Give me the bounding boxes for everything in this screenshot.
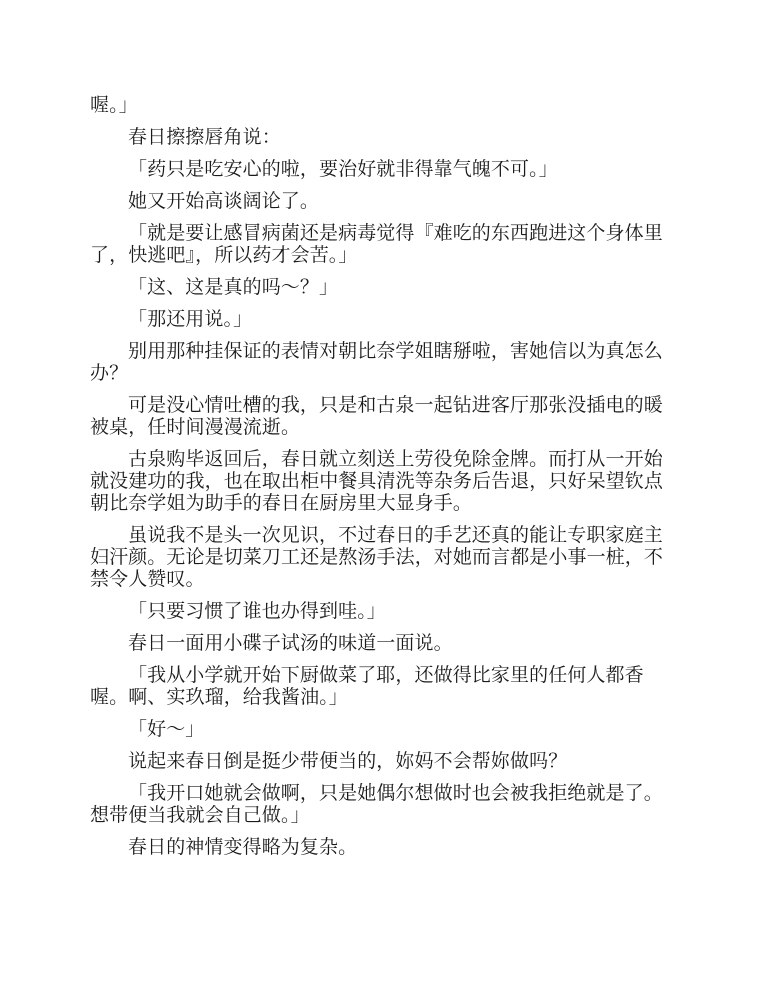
paragraph: 可是没心情吐槽的我，只是和古泉一起钻进客厅那张没插电的暖被桌，任时间漫漫流逝。 (90, 394, 670, 438)
paragraph: 春日一面用小碟子试汤的味道一面说。 (90, 632, 670, 654)
paragraph: 她又开始高谈阔论了。 (90, 190, 670, 212)
paragraph: 古泉购毕返回后，春日就立刻送上劳役免除金牌。而打从一开始就没建功的我，也在取出柜… (90, 448, 670, 514)
paragraph: 春日擦擦唇角说： (90, 126, 670, 148)
paragraph: 「我开口她就会做啊，只是她偶尔想做时也会被我拒绝就是了。想带便当我就会自己做。」 (90, 782, 670, 826)
paragraph: 「好～」 (90, 718, 670, 740)
paragraph: 喔。」 (90, 94, 670, 116)
paragraph: 春日的神情变得略为复杂。 (90, 836, 670, 858)
paragraph: 「这、这是真的吗～？」 (90, 276, 670, 298)
paragraph: 「我从小学就开始下厨做菜了耶，还做得比家里的任何人都香喔。啊、实玖瑠，给我酱油。… (90, 664, 670, 708)
paragraph: 别用那种挂保证的表情对朝比奈学姐瞎掰啦，害她信以为真怎么办？ (90, 340, 670, 384)
paragraph: 「就是要让感冒病菌还是病毒觉得『难吃的东西跑进这个身体里了，快逃吧』，所以药才会… (90, 222, 670, 266)
paragraph: 说起来春日倒是挺少带便当的，妳妈不会帮妳做吗？ (90, 750, 670, 772)
paragraph: 「只要习惯了谁也办得到哇。」 (90, 600, 670, 622)
paragraph: 虽说我不是头一次见识，不过春日的手艺还真的能让专职家庭主妇汗颜。无论是切菜刀工还… (90, 524, 670, 590)
document-page: 喔。」 春日擦擦唇角说： 「药只是吃安心的啦，要治好就非得靠气魄不可。」 她又开… (90, 94, 670, 868)
paragraph: 「药只是吃安心的啦，要治好就非得靠气魄不可。」 (90, 158, 670, 180)
paragraph: 「那还用说。」 (90, 308, 670, 330)
